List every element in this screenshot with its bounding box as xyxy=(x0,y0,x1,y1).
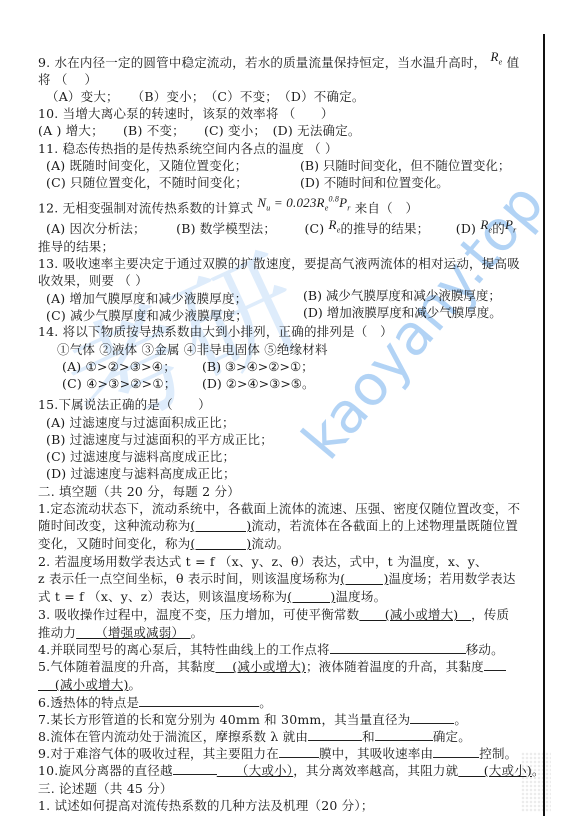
q11-option-a: (A) 既随时间变化，又随位置变化； xyxy=(46,157,247,174)
fill1-blank2[interactable]: ( ) xyxy=(190,536,251,551)
essay-question-1: 1. 试述如何提高对流传热系数的几种方法及机理（20 分）； xyxy=(38,797,374,814)
fill1-blank1[interactable]: ( ) xyxy=(190,518,251,533)
q14-option-d: (D) ②>④>③>⑤。 xyxy=(202,375,315,392)
fill3-blank2[interactable]: （增强或减弱） xyxy=(76,625,191,640)
fill5-line1: 5.气体随着温度的升高，其黏度 (减小或增大)；液体随着温度的升高，其黏度 xyxy=(38,658,506,675)
fill4-blank[interactable] xyxy=(330,641,466,654)
q14-option-b: (B) ③>④>②>①； xyxy=(202,358,314,375)
fill2-blank2[interactable]: ( ) xyxy=(287,589,335,604)
fill10-blank2[interactable]: (大或小) xyxy=(458,763,532,778)
q10-stem: 10. 当增大离心泵的转速时，该泵的效率将 （ ） xyxy=(38,105,334,122)
fill4: 4.并联同型号的离心泵后，其特性曲线上的工作点将移动。 xyxy=(38,641,504,658)
section3-heading: 三. 论述题（共 45 分） xyxy=(38,780,173,797)
fill2-line3: 式 t = f （x、y、z）表达，则该温度场称为( )温度场。 xyxy=(38,588,386,605)
q13-option-a: (A) 增加气膜厚度和减少液膜厚度； xyxy=(46,290,247,307)
q14-stem: 14. 将以下物质按导热系数由大到小排列，正确的排列是（ ） xyxy=(38,323,393,340)
q12-stem: 12. 无相变强制对流传热系数的计算式 Nu = 0.023Re0.8Pr 来自… xyxy=(38,196,418,222)
fill5-blank2[interactable]: (减小或增大) xyxy=(38,677,129,692)
reynolds-symbol: Re xyxy=(491,49,503,64)
q15-option-a: (A) 过滤速度与过滤面积成正比； xyxy=(46,414,235,431)
q12-options: (A) 因次分析法； (B) 数学模型法； (C) Re的推导的结果； (D) … xyxy=(46,220,516,243)
fill2-blank1[interactable]: ( ) xyxy=(340,571,388,586)
fill8: 8.流体在管内流动处于湍流区，摩擦系数 λ 就由和确定。 xyxy=(38,728,471,745)
fill9-blank1[interactable] xyxy=(279,745,319,758)
q13-option-d: (D) 增加液膜厚度和减少气膜厚度。 xyxy=(303,304,502,321)
scan-noise xyxy=(521,752,551,812)
q11-option-d: (D) 不随时间和位置变化。 xyxy=(300,174,449,191)
q9-options: （A）变大； （B）变小； （C）不变； （D）不确定。 xyxy=(46,88,365,105)
q9-line2: 将 （ ） xyxy=(38,71,97,88)
q13-line1: 13. 吸收速率主要决定于通过双膜的扩散速度，要提高气液两流体的相对运动，提高吸 xyxy=(38,255,520,272)
fill3-blank1[interactable]: (减小或增大) xyxy=(359,607,471,622)
fill9-blank2[interactable] xyxy=(433,745,479,758)
fill1-line1: 1.定态流动状态下，流动系统中，各截面上流体的流速、压强、密度仅随位置改变，不 xyxy=(38,500,520,517)
fill5-line2: (减小或增大)。 xyxy=(38,676,141,693)
q12-line2: 推导的结果； xyxy=(38,238,114,255)
q15-option-c: (C) 过滤速度与滤料高度成正比； xyxy=(46,448,235,465)
fill2-line1: 2. 若温度场用数学表达式 t = f （x、y、z、θ）表达，式中，t 为温度… xyxy=(38,553,488,570)
fill6: 6.透热体的特点是。 xyxy=(38,694,272,711)
exam-page: 考研 kaoyany.top 9. 水在内径一定的圆管中稳定流动，若水的质量流量… xyxy=(0,0,571,832)
fill10-blank1[interactable]: （大或小） xyxy=(217,763,293,778)
fill7-blank[interactable] xyxy=(410,711,454,724)
q15-stem: 15.下属说法正确的是（ ） xyxy=(38,396,211,413)
q14-items: ①气体 ②液体 ③金属 ④非导电固体 ⑤绝缘材料 xyxy=(57,341,328,358)
q10-options: (A ) 增大； (B) 不变； (C) 变小； (D) 无法确定。 xyxy=(38,122,361,139)
q14-option-c: (C) ④>③>②>①； xyxy=(62,375,176,392)
q11-option-b: (B) 只随时间变化，但不随位置变化； xyxy=(300,157,510,174)
fill6-blank[interactable] xyxy=(139,694,259,707)
fill8-blank2[interactable] xyxy=(375,728,433,741)
fill3-line2: 推动力 （增强或减弱） 。 xyxy=(38,624,203,641)
q13-option-c: (C) 减少气膜厚度和减少液膜厚度； xyxy=(46,307,248,324)
q15-option-d: (D) 过滤速度与滤料高度成正比； xyxy=(46,465,236,482)
q14-option-a: (A) ①>②>③>④； xyxy=(62,358,176,375)
fill1-line2: 随时间改变，这种流动称为( )流动，若流体在各截面上的上述物理量既随位置 xyxy=(38,517,518,534)
q13-line2: 收效果，则要 （ ） xyxy=(38,272,148,289)
page-binding-line xyxy=(543,34,545,816)
q15-option-b: (B) 过滤速度与过滤面积的平方成正比； xyxy=(46,431,273,448)
fill8-blank1[interactable] xyxy=(308,728,362,741)
nusselt-formula: Nu = 0.023Re0.8Pr xyxy=(257,195,350,210)
q11-option-c: (C) 只随位置变化，不随时间变化； xyxy=(46,174,248,191)
fill1-line3: 变化，又随时间变化，称为( )流动。 xyxy=(38,535,289,552)
fill5-blank1[interactable]: (减小或增大) xyxy=(215,659,306,674)
fill7: 7.某长方形管道的长和宽分别为 40mm 和 30mm，其当量直径为。 xyxy=(38,711,467,728)
fill2-line2: z 表示任一点空间坐标，θ 表示时间，则该温度场称为( )温度场；若用数学表达 xyxy=(38,570,516,587)
fill3-line1: 3. 吸收操作过程中，温度不变，压力增加，可使平衡常数 (减小或增大) ，传质 xyxy=(38,606,509,623)
q9-line1: 9. 水在内径一定的圆管中稳定流动，若水的质量流量保持恒定，当水温升高时， Re… xyxy=(38,54,519,77)
section2-heading: 二. 填空题（共 20 分，每题 2 分） xyxy=(38,483,240,500)
fill10: 10.旋风分离器的直径越 （大或小），其分离效率越高，其阻力就 (大或小)。 xyxy=(38,762,545,779)
q11-stem: 11. 稳态传热指的是传热系统空间内各点的温度 （ ） xyxy=(38,140,338,157)
fill9: 9.对于难溶气体的吸收过程，其主要阻力在膜中，其吸收速率由控制。 xyxy=(38,745,517,762)
q13-option-b: (B) 减少气膜厚度和减少液膜厚度； xyxy=(303,287,501,304)
